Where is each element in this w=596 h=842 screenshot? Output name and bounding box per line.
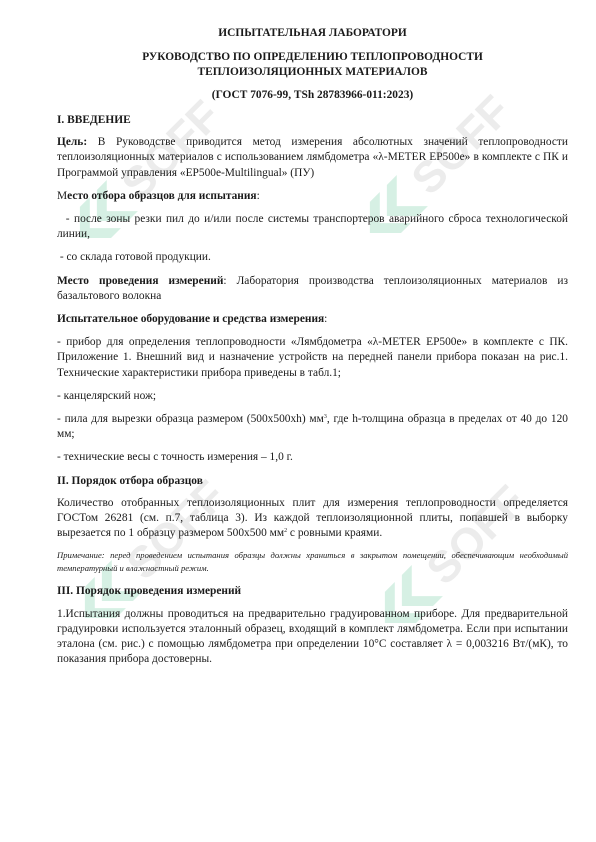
section3-heading: III. Порядок проведения измерений [57,584,568,599]
section2-paragraph: Количество отобранных теплоизоляционных … [57,496,568,542]
goal-text: В Руководстве приводится метод измерения… [57,136,568,178]
measure-place-paragraph: Место проведения измерений: Лаборатория … [57,274,568,304]
equipment-item: - прибор для определения теплопроводност… [57,335,568,381]
equipment-label: Испытательное оборудование и средства из… [57,313,324,325]
goal-paragraph: Цель: В Руководстве приводится метод изм… [57,135,568,181]
sampling-place-colon: : [257,190,260,202]
equipment-colon: : [324,313,327,325]
equipment-item: - пила для вырезки образца размером (500… [57,412,568,442]
sampling-item: - после зоны резки пил до и/или после си… [57,212,568,242]
sampling-place-heading: Место отбора образцов для испытания: [57,189,568,204]
section2-text: с ровными краями. [287,527,382,539]
measure-place-label: Место проведения измерений [57,275,223,287]
document-body: ИСПЫТАТЕЛЬНАЯ ЛАБОРАТОРИ РУКОВОДСТВО ПО … [57,26,568,675]
document-page: SOFF SOFF SOFF SOFF [0,0,596,842]
goal-label: Цель: [57,136,87,148]
equipment-heading: Испытательное оборудование и средства из… [57,312,568,327]
sampling-place-prefix: М [57,190,67,202]
sampling-item: - со склада готовой продукции. [57,250,568,265]
equipment-item: - канцелярский нож; [57,389,568,404]
sampling-place-label: есто отбора образцов для испытания [67,190,256,202]
section3-paragraph: 1.Испытания должны проводиться на предва… [57,607,568,668]
section1-heading: I. ВВЕДЕНИЕ [57,113,568,128]
equipment-item-text: - пила для вырезки образца размером (500… [57,413,324,425]
equipment-item: - технические весы с точность измерения … [57,450,568,465]
guide-title-line1: РУКОВОДСТВО ПО ОПРЕДЕЛЕНИЮ ТЕПЛОПРОВОДНО… [57,50,568,65]
lab-title: ИСПЫТАТЕЛЬНАЯ ЛАБОРАТОРИ [57,26,568,41]
section2-note: Примечание: перед проведением испытания … [57,549,568,575]
section2-heading: II. Порядок отбора образцов [57,474,568,489]
standards-reference: (ГОСТ 7076-99, TSh 28783966-011:2023) [57,88,568,103]
guide-title-line2: ТЕПЛОИЗОЛЯЦИОННЫХ МАТЕРИАЛОВ [57,65,568,80]
